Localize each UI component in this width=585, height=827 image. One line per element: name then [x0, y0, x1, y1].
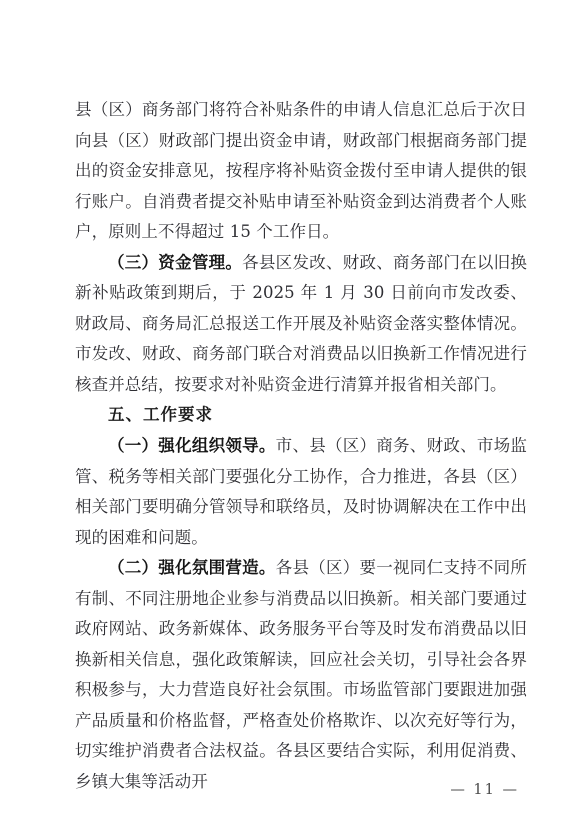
paragraph-strengthen-atmosphere: （二）强化氛围营造。各县（区）要一视同仁支持不同所有制、不同注册地企业参与消费品… [75, 553, 527, 797]
paragraph-fund-management-body: 各县区发改、财政、商务部门在以旧换新补贴政策到期后，于 2025 年 1 月 3… [75, 253, 527, 394]
document-body: 县（区）商务部门将符合补贴条件的申请人信息汇总后于次日向县（区）财政部门提出资金… [75, 95, 527, 798]
paragraph-fund-management: （三）资金管理。各县区发改、财政、商务部门在以旧换新补贴政策到期后，于 2025… [75, 248, 527, 401]
paragraph-funding-transfer: 县（区）商务部门将符合补贴条件的申请人信息汇总后于次日向县（区）财政部门提出资金… [75, 95, 527, 248]
paragraph-strengthen-leadership-lead: （一）强化组织领导。 [108, 436, 276, 455]
page-number: — 11 — [450, 782, 519, 798]
paragraph-fund-management-lead: （三）资金管理。 [108, 253, 242, 272]
paragraph-strengthen-leadership: （一）强化组织领导。市、县（区）商务、财政、市场监管、税务等相关部门要强化分工协… [75, 431, 527, 553]
paragraph-strengthen-atmosphere-lead: （二）强化氛围营造。 [108, 558, 276, 577]
section-heading-work-requirements: 五、工作要求 [75, 400, 527, 431]
paragraph-strengthen-atmosphere-body: 各县（区）要一视同仁支持不同所有制、不同注册地企业参与消费品以旧换新。相关部门要… [75, 558, 527, 791]
document-page: 县（区）商务部门将符合补贴条件的申请人信息汇总后于次日向县（区）财政部门提出资金… [0, 0, 585, 827]
